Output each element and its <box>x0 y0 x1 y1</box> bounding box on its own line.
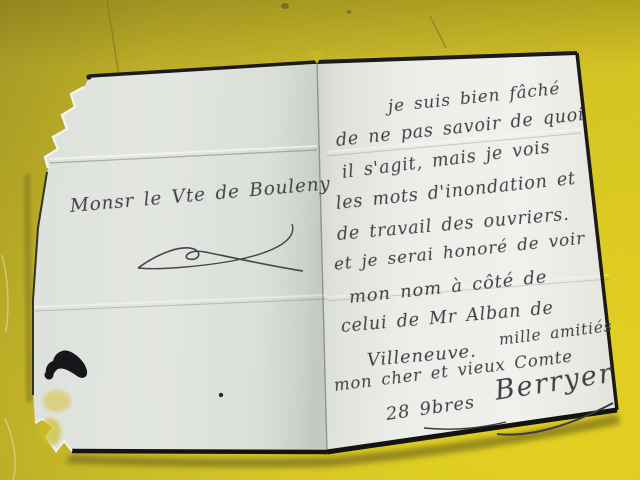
address-line: Monsr le Vte de Bouleny <box>69 173 331 217</box>
closing-regards: mille amitiés <box>498 317 614 349</box>
photo-of-letter: Monsr le Vte de Bouleny je suis bien fâc… <box>0 0 640 480</box>
closing-date: 28 9bres <box>385 392 477 425</box>
handwriting-layer: Monsr le Vte de Bouleny je suis bien fâc… <box>0 0 640 480</box>
